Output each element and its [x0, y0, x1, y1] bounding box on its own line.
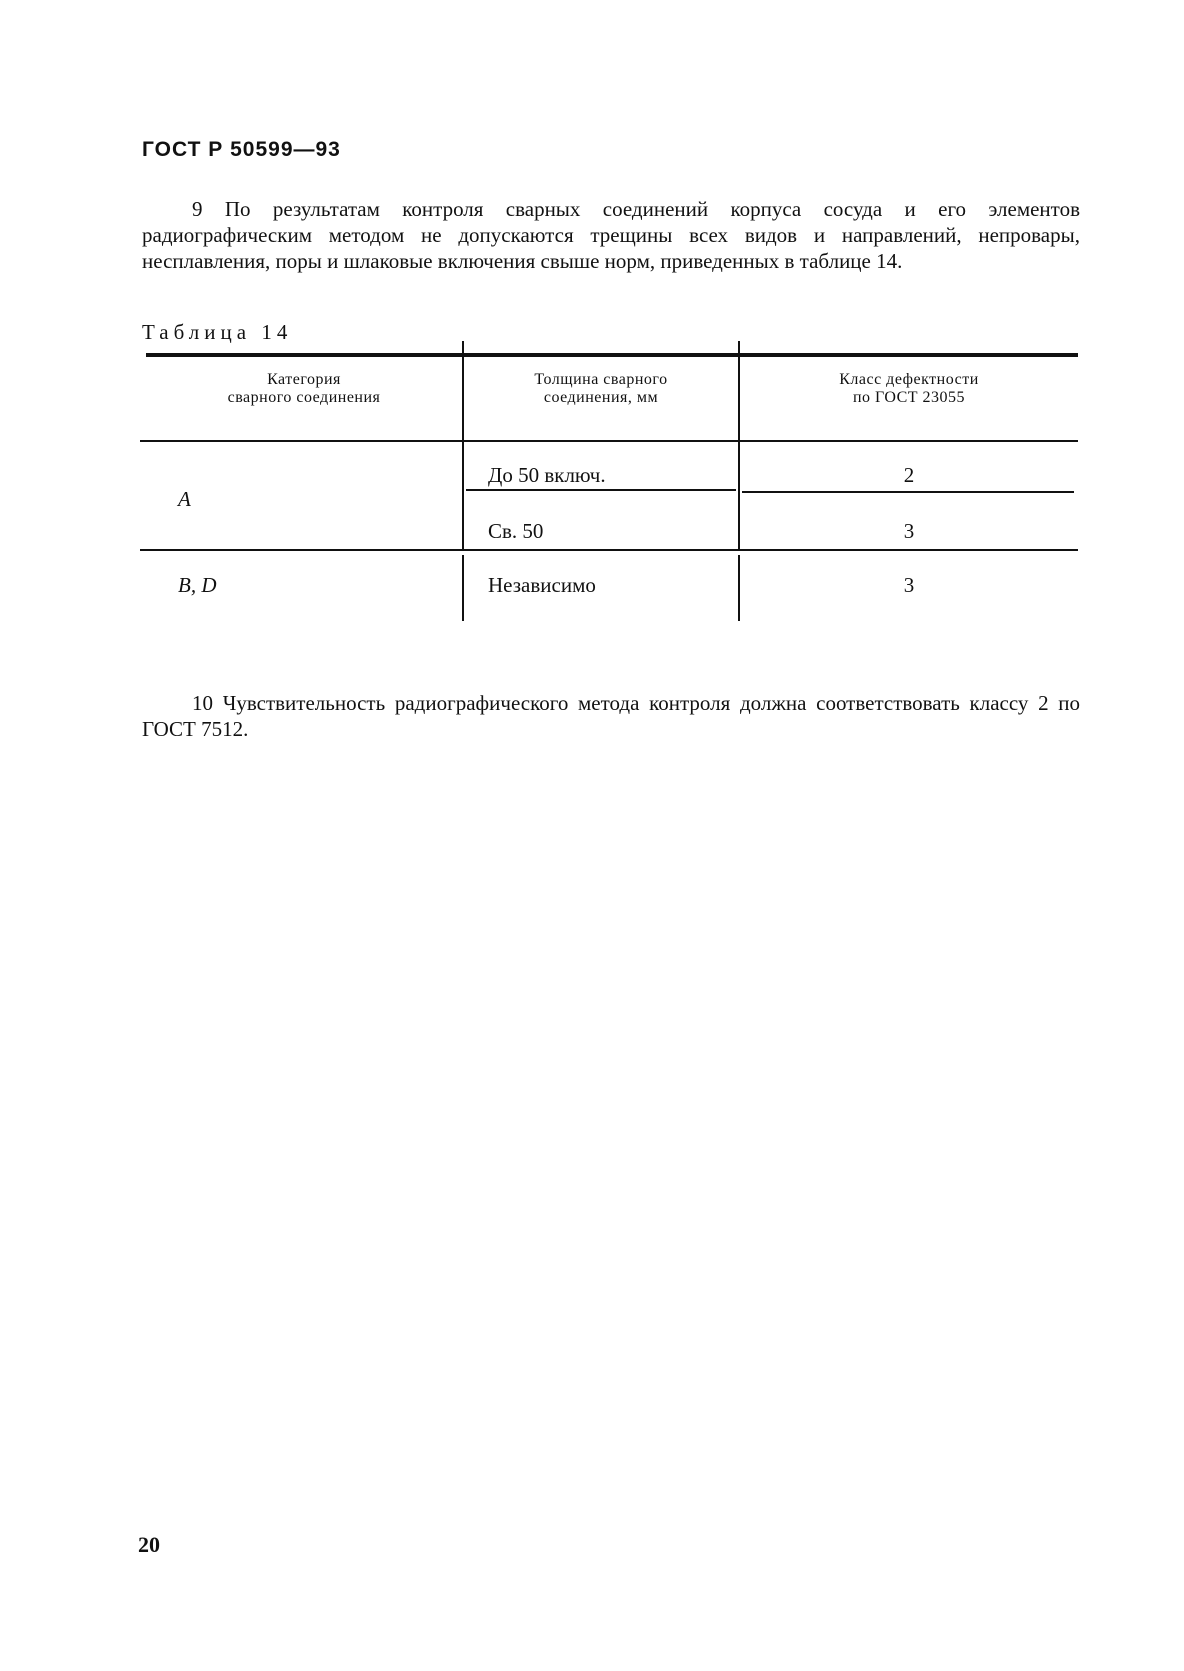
column-header-thickness: Толщина сварного соединения, мм — [464, 371, 738, 407]
page-number: 20 — [138, 1532, 160, 1558]
paragraph-10: 10 Чувствительность радиографического ме… — [142, 690, 1080, 742]
row-group-rule — [140, 549, 1078, 551]
paragraph-10-number: 10 — [192, 691, 213, 715]
column-divider — [462, 555, 464, 621]
header-line: сварного соединения — [146, 389, 462, 407]
cell-thickness-row1: До 50 включ. — [488, 463, 606, 488]
header-bottom-rule — [140, 440, 1078, 442]
paragraph-9-text: По результатам контроля сварных соединен… — [142, 197, 1080, 273]
cell-category-bd: B, D — [178, 573, 217, 598]
document-header: ГОСТ Р 50599—93 — [142, 138, 341, 162]
column-header-class: Класс дефектности по ГОСТ 23055 — [740, 371, 1078, 407]
column-divider — [462, 445, 464, 549]
header-line: соединения, мм — [464, 389, 738, 407]
table-caption: Таблица 14 — [142, 320, 292, 345]
row-divider — [466, 489, 736, 491]
cell-category-a: A — [178, 487, 191, 512]
cell-thickness-row2: Св. 50 — [488, 519, 543, 544]
cell-class-row3: 3 — [740, 573, 1078, 598]
cell-class-row1: 2 — [740, 463, 1078, 488]
cell-thickness-row3: Независимо — [488, 573, 596, 598]
row-divider — [742, 491, 1074, 493]
paragraph-9-number: 9 — [192, 197, 203, 221]
paragraph-9: 9 По результатам контроля сварных соедин… — [142, 196, 1080, 274]
table-top-rule — [146, 353, 1078, 357]
paragraph-10-text: Чувствительность радиографического метод… — [142, 691, 1080, 741]
cell-class-row2: 3 — [740, 519, 1078, 544]
header-line: Категория — [146, 371, 462, 389]
header-line: Толщина сварного — [464, 371, 738, 389]
header-line: Класс дефектности — [740, 371, 1078, 389]
column-header-category: Категория сварного соединения — [146, 371, 462, 407]
header-line: по ГОСТ 23055 — [740, 389, 1078, 407]
